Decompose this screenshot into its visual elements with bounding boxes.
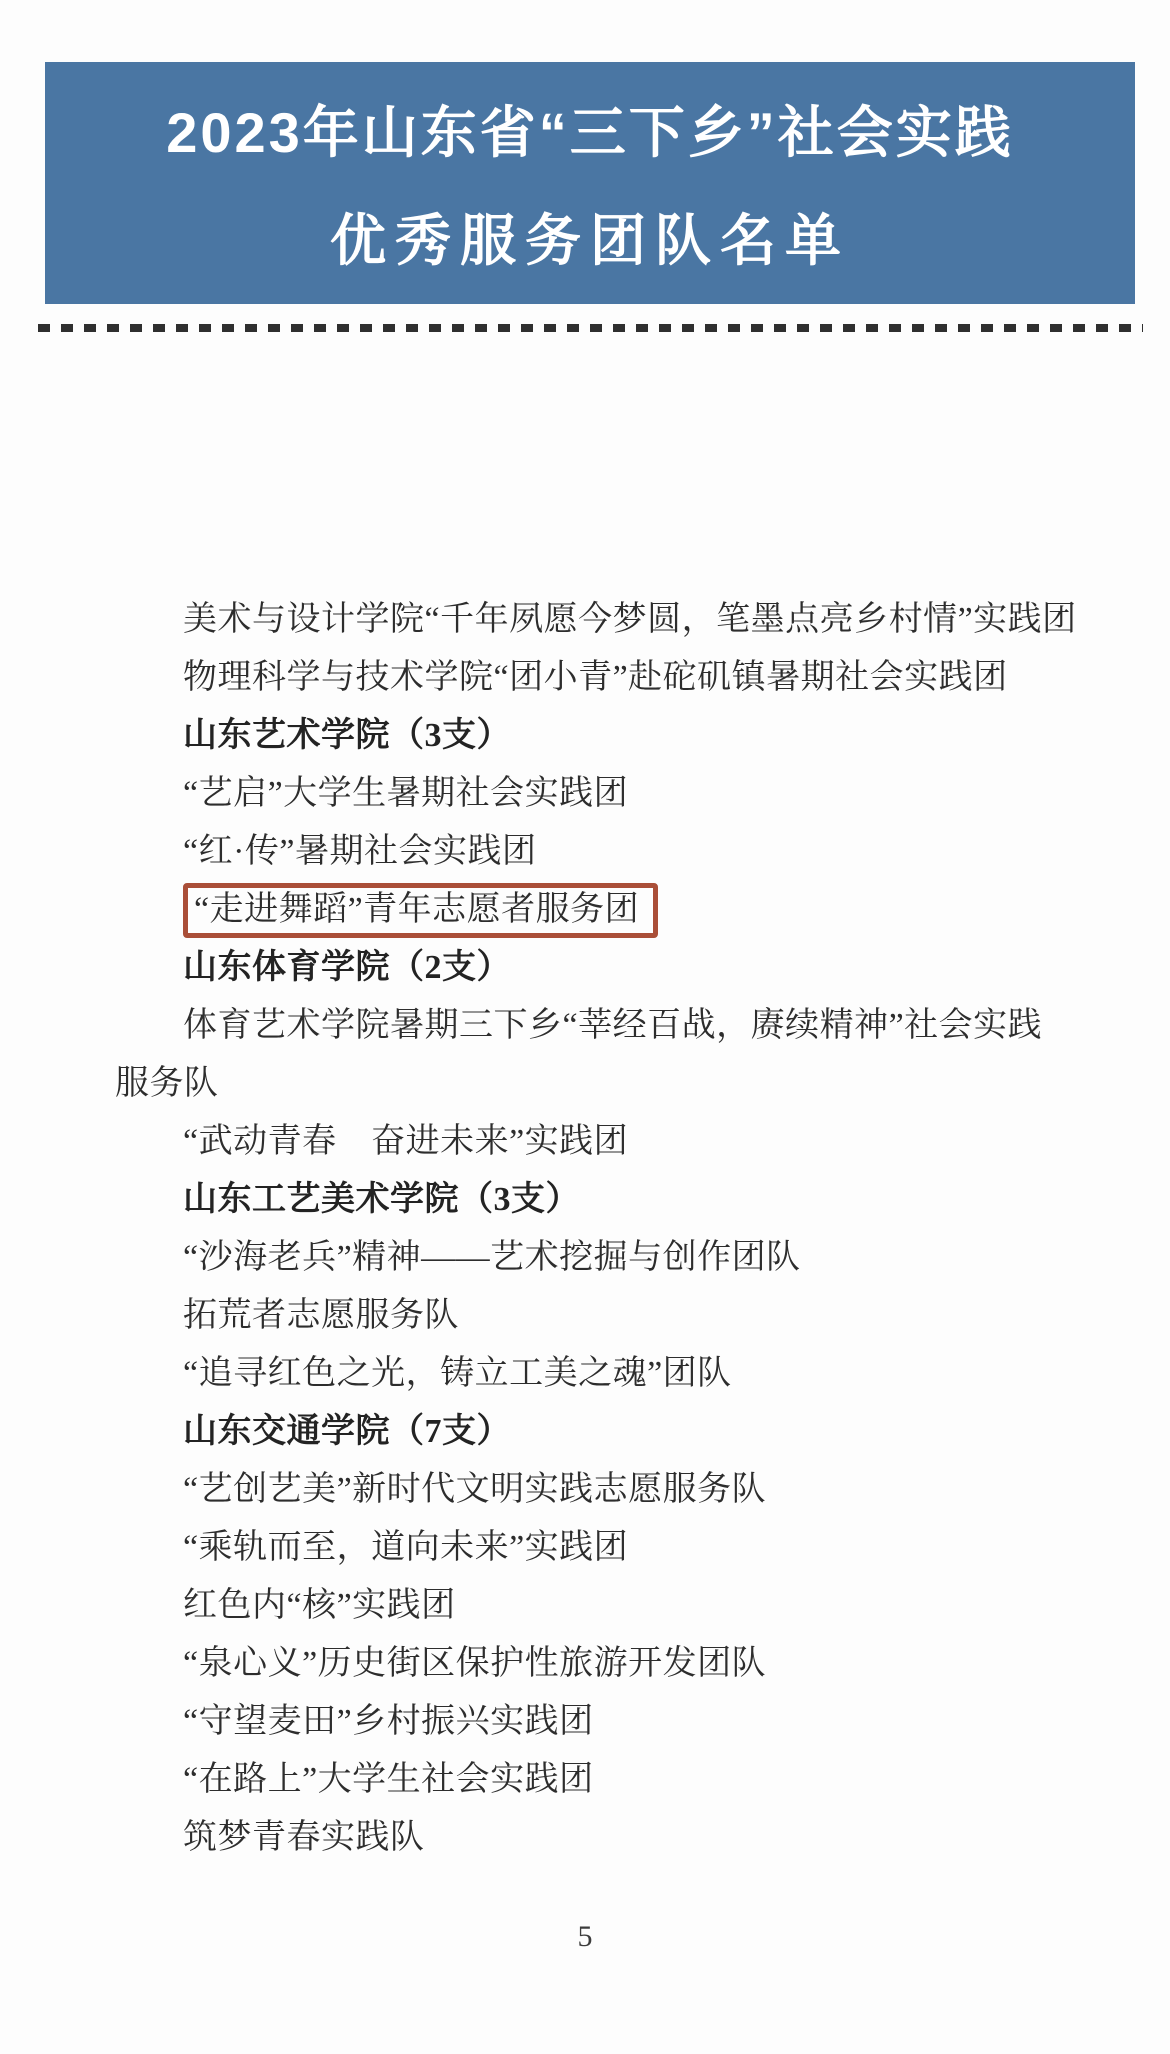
list-item-college-heading: 山东工艺美术学院（3支） bbox=[115, 1171, 1077, 1229]
list-item: “在路上”大学生社会实践团 bbox=[115, 1751, 1077, 1809]
list-item: 物理科学与技术学院“团小青”赴砣矶镇暑期社会实践团 bbox=[115, 649, 1077, 707]
list-item-college-heading: 山东体育学院（2支） bbox=[115, 939, 1077, 997]
page-number: 5 bbox=[0, 1920, 1170, 1954]
dashed-divider bbox=[38, 324, 1143, 332]
list-item: 服务队 bbox=[115, 1055, 1077, 1113]
highlight-box: “走进舞蹈”青年志愿者服务团 bbox=[183, 883, 658, 938]
list-item: “泉心义”历史街区保护性旅游开发团队 bbox=[115, 1635, 1077, 1693]
list-item: 拓荒者志愿服务队 bbox=[115, 1287, 1077, 1345]
list-item: “沙海老兵”精神——艺术挖掘与创作团队 bbox=[115, 1229, 1077, 1287]
list-item-college-heading: 山东艺术学院（3支） bbox=[115, 707, 1077, 765]
list-item: 红色内“核”实践团 bbox=[115, 1577, 1077, 1635]
title-banner: 2023年山东省“三下乡”社会实践 优秀服务团队名单 bbox=[45, 62, 1135, 304]
list-item: “守望麦田”乡村振兴实践团 bbox=[115, 1693, 1077, 1751]
list-item: “红·传”暑期社会实践团 bbox=[115, 823, 1077, 881]
list-item: “追寻红色之光，铸立工美之魂”团队 bbox=[115, 1345, 1077, 1403]
page-title: 2023年山东省“三下乡”社会实践 bbox=[166, 89, 1014, 169]
list-item-college-heading: 山东交通学院（7支） bbox=[115, 1403, 1077, 1461]
page-subtitle: 优秀服务团队名单 bbox=[330, 197, 850, 277]
list-item: “走进舞蹈”青年志愿者服务团 bbox=[115, 881, 1077, 939]
list-item: “乘轨而至，道向未来”实践团 bbox=[115, 1519, 1077, 1577]
list-item: “艺创艺美”新时代文明实践志愿服务队 bbox=[115, 1461, 1077, 1519]
list-item: 美术与设计学院“千年夙愿今梦圆，笔墨点亮乡村情”实践团 bbox=[115, 591, 1077, 649]
team-list: 美术与设计学院“千年夙愿今梦圆，笔墨点亮乡村情”实践团物理科学与技术学院“团小青… bbox=[115, 591, 1077, 1867]
list-item: 体育艺术学院暑期三下乡“莘经百战，赓续精神”社会实践 bbox=[115, 997, 1077, 1055]
list-item: 筑梦青春实践队 bbox=[115, 1809, 1077, 1867]
list-item: “艺启”大学生暑期社会实践团 bbox=[115, 765, 1077, 823]
list-item: “武动青春 奋进未来”实践团 bbox=[115, 1113, 1077, 1171]
